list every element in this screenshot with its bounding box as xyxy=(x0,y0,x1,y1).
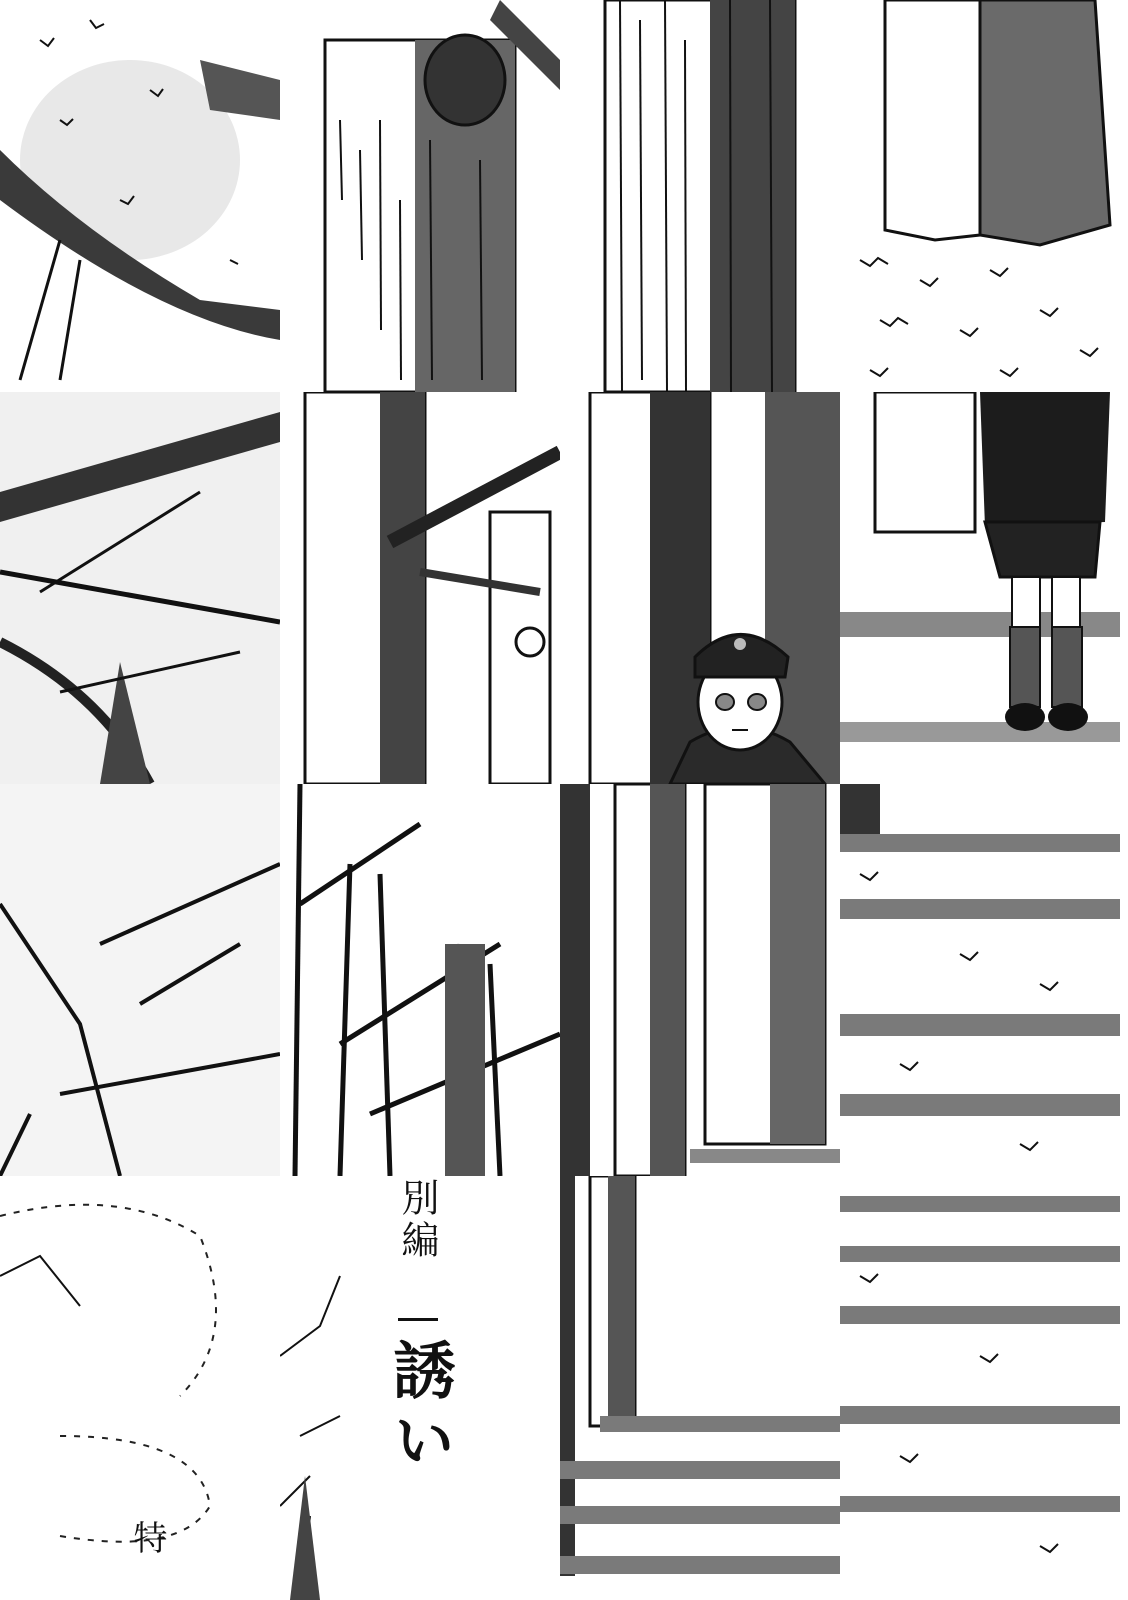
branch-foliage-illustration xyxy=(0,0,280,392)
striped-shadow-ground-illustration xyxy=(840,784,1120,1176)
bare-branches-illustration xyxy=(0,784,280,1176)
striped-shadow-ground-illustration xyxy=(840,1176,1120,1600)
panel-r2c1 xyxy=(0,392,280,784)
title-separator xyxy=(398,1318,438,1321)
panel-r3c1 xyxy=(0,784,280,1176)
boy-peeking-illustration xyxy=(560,392,840,784)
panel-grid xyxy=(0,0,1120,1600)
panel-r2c3 xyxy=(560,392,840,784)
panel-r1c3 xyxy=(560,0,840,392)
trunk-shadows-illustration xyxy=(560,1176,840,1600)
tall-trunks-illustration xyxy=(560,0,840,392)
panel-r2c4 xyxy=(840,392,1120,784)
boy-legs-illustration xyxy=(840,392,1120,784)
chapter-subtitle: 別編 xyxy=(398,1178,436,1262)
forest-trunks-illustration xyxy=(560,784,840,1176)
panel-r3c4 xyxy=(840,784,1120,1176)
panel-r1c2 xyxy=(280,0,560,392)
panel-r4c4 xyxy=(840,1176,1120,1600)
special-label: 特 xyxy=(130,1520,164,1554)
thicket-illustration xyxy=(280,784,560,1176)
panel-r3c3 xyxy=(560,784,840,1176)
chapter-title: 誘い xyxy=(388,1338,450,1478)
canopy-branches-illustration xyxy=(0,392,280,784)
panel-r1c1 xyxy=(0,0,280,392)
tree-trunk-knot-illustration xyxy=(280,0,560,392)
page-margin xyxy=(1120,0,1128,1600)
panel-r4c3 xyxy=(560,1176,840,1600)
tree-base-leaves-illustration xyxy=(840,0,1120,392)
panel-r3c2 xyxy=(280,784,560,1176)
panel-r2c2 xyxy=(280,392,560,784)
crossing-branches-illustration xyxy=(280,392,560,784)
panel-r1c4 xyxy=(840,0,1120,392)
